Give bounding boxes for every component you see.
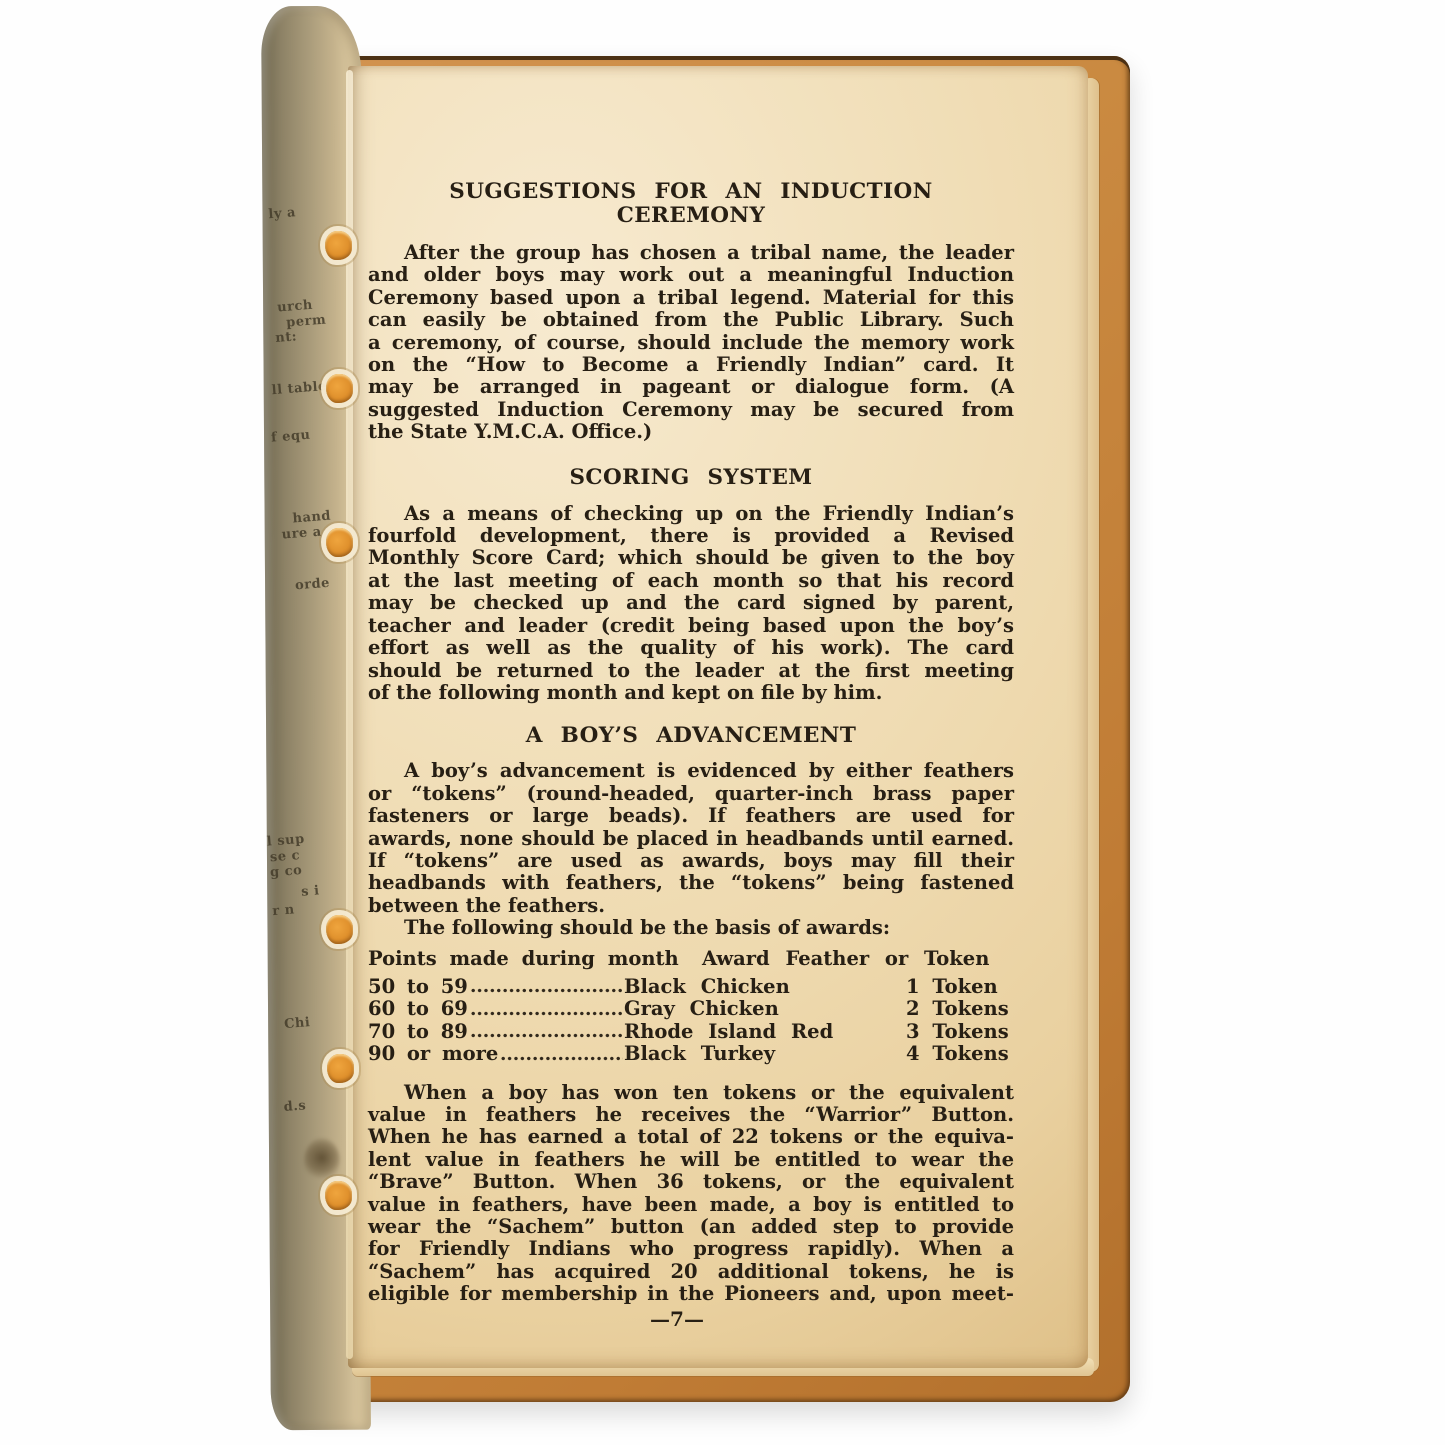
previous-page-text-fragment: g co xyxy=(270,863,303,880)
dot-leader xyxy=(470,1009,623,1018)
text-line: the State Y.M.C.A. Office.) xyxy=(368,421,1014,443)
text-line: should be returned to the leader at the … xyxy=(368,660,1014,682)
awards-table-row: 50 to 59Black Chicken1 Token xyxy=(368,976,1014,998)
previous-page-text-fragment: ll table xyxy=(271,379,327,398)
paragraph-induction-ceremony: After the group has chosen a tribal name… xyxy=(368,242,1014,444)
text-line: fasteners or large beads). If feathers a… xyxy=(368,805,1014,827)
previous-page-text-fragment: l sup xyxy=(266,832,305,850)
section-heading-boys-advancement: A BOY’S ADVANCEMENT xyxy=(368,724,1014,748)
text-line: may be checked up and the card signed by… xyxy=(368,592,1014,614)
previous-page-text-fragment: s i xyxy=(301,883,320,899)
previous-page-text-fragment: ly a xyxy=(268,205,297,222)
dot-leader xyxy=(470,1031,623,1040)
page-number: —7— xyxy=(354,1308,1000,1330)
punch-hole xyxy=(325,1181,352,1210)
punch-hole xyxy=(325,231,352,260)
text-line: When a boy has won ten tokens or the equ… xyxy=(368,1082,1014,1104)
text-line: and older boys may work out a meaningful… xyxy=(368,264,1014,286)
previous-page-text-fragment: perm xyxy=(286,313,327,331)
text-line: can easily be obtained from the Public L… xyxy=(368,309,1014,331)
text-line: lent value in feathers he will be entitl… xyxy=(368,1149,1014,1171)
text-line: Monthly Score Card; which should be give… xyxy=(368,547,1014,569)
ink-smudge xyxy=(304,1138,340,1182)
points-range: 90 or more xyxy=(368,1043,498,1065)
text-line: teacher and leader (credit being based u… xyxy=(368,615,1014,637)
text-line: on the “How to Become a Friendly Indian”… xyxy=(368,354,1014,376)
points-range: 70 to 89 xyxy=(368,1021,468,1043)
text-line: The following should be the basis of awa… xyxy=(368,917,1014,939)
text-line: effort as well as the quality of his wor… xyxy=(368,637,1014,659)
dot-leader xyxy=(500,1054,623,1063)
points-cell: 90 or more xyxy=(368,1043,624,1065)
text-line: of the following month and kept on file … xyxy=(368,682,1014,704)
text-line: When he has earned a total of 22 tokens … xyxy=(368,1126,1014,1148)
text-line: suggested Induction Ceremony may be secu… xyxy=(368,399,1014,421)
punch-hole xyxy=(326,528,353,557)
punch-hole xyxy=(327,1054,354,1083)
awards-table: 50 to 59Black Chicken1 Token60 to 69Gray… xyxy=(368,976,1014,1066)
text-line: “Brave” Button. When 36 tokens, or the e… xyxy=(368,1171,1014,1193)
awards-table-header: Points made during month Award Feather o… xyxy=(368,948,1014,970)
dot-leader xyxy=(470,986,623,995)
previous-page-text-fragment: ure a xyxy=(281,525,322,543)
text-line: eligible for membership in the Pioneers … xyxy=(368,1283,1014,1305)
section-heading-induction-ceremony: SUGGESTIONS FOR AN INDUCTION CEREMONY xyxy=(368,180,1014,228)
text-line: “Sachem” has acquired 20 additional toke… xyxy=(368,1261,1014,1283)
paragraph-scoring-system: As a means of checking up on the Friendl… xyxy=(368,503,1014,705)
award-name: Gray Chicken xyxy=(624,998,906,1020)
awards-table-header-points: Points made during month xyxy=(368,948,702,970)
token-count: 1 Token xyxy=(906,976,1014,998)
award-name: Rhode Island Red xyxy=(624,1021,906,1043)
points-cell: 50 to 59 xyxy=(368,976,624,998)
text-line: may be arranged in pageant or dialogue f… xyxy=(368,376,1014,398)
text-line: value in feathers he receives the “Warri… xyxy=(368,1104,1014,1126)
points-cell: 70 to 89 xyxy=(368,1021,624,1043)
text-line: As a means of checking up on the Friendl… xyxy=(368,503,1014,525)
previous-page-text-fragment: nt: xyxy=(275,329,298,346)
text-line: If “tokens” are used as awards, boys may… xyxy=(368,850,1014,872)
points-range: 50 to 59 xyxy=(368,976,468,998)
token-count: 2 Tokens xyxy=(906,998,1014,1020)
text-line: value in feathers, have been made, a boy… xyxy=(368,1194,1014,1216)
text-line: for Friendly Indians who progress rapidl… xyxy=(368,1238,1014,1260)
basis-of-awards-line: The following should be the basis of awa… xyxy=(368,917,1014,939)
text-line: at the last meeting of each month so tha… xyxy=(368,570,1014,592)
text-line: or “tokens” (round-headed, quarter-inch … xyxy=(368,783,1014,805)
text-line: fourfold development, there is provided … xyxy=(368,525,1014,547)
previous-page-text-fragment: f equ xyxy=(271,428,311,446)
token-count: 3 Tokens xyxy=(906,1021,1014,1043)
punch-hole xyxy=(326,374,353,403)
token-count: 4 Tokens xyxy=(906,1043,1014,1065)
book-page: SUGGESTIONS FOR AN INDUCTION CEREMONY Af… xyxy=(348,66,1088,1368)
printed-text-block: SUGGESTIONS FOR AN INDUCTION CEREMONY Af… xyxy=(368,172,1014,1330)
book-photo: ly aurchpermnt:ll tablef equhandure aord… xyxy=(0,0,1445,1445)
text-line: After the group has chosen a tribal name… xyxy=(368,242,1014,264)
award-name: Black Chicken xyxy=(624,976,906,998)
awards-table-row: 90 or moreBlack Turkey4 Tokens xyxy=(368,1043,1014,1065)
awards-table-row: 70 to 89Rhode Island Red3 Tokens xyxy=(368,1021,1014,1043)
section-heading-scoring-system: SCORING SYSTEM xyxy=(368,466,1014,490)
award-name: Black Turkey xyxy=(624,1043,906,1065)
previous-page-text-fragment: hand xyxy=(292,509,331,527)
text-line: wear the “Sachem” button (an added step … xyxy=(368,1216,1014,1238)
previous-page-text-fragment: urch xyxy=(277,298,314,316)
text-line: between the feathers. xyxy=(368,895,1014,917)
previous-page-text-fragment: r n xyxy=(272,902,295,919)
previous-page-text-fragment: Chi xyxy=(284,1015,311,1032)
previous-page-text-fragment: orde xyxy=(295,576,331,594)
text-line: awards, none should be placed in headban… xyxy=(368,828,1014,850)
text-line: A boy’s advancement is evidenced by eith… xyxy=(368,760,1014,782)
previous-page-text-fragment: d.s xyxy=(283,1098,307,1115)
punch-hole xyxy=(326,915,353,944)
points-cell: 60 to 69 xyxy=(368,998,624,1020)
paragraph-token-buttons: When a boy has won ten tokens or the equ… xyxy=(368,1082,1014,1306)
awards-table-row: 60 to 69Gray Chicken2 Tokens xyxy=(368,998,1014,1020)
awards-table-header-award: Award Feather or Token xyxy=(702,948,1014,970)
points-range: 60 to 69 xyxy=(368,998,468,1020)
paragraph-boys-advancement: A boy’s advancement is evidenced by eith… xyxy=(368,760,1014,917)
text-line: headbands with feathers, the “tokens” be… xyxy=(368,872,1014,894)
text-line: a ceremony, of course, should include th… xyxy=(368,332,1014,354)
text-line: Ceremony based upon a tribal legend. Mat… xyxy=(368,287,1014,309)
